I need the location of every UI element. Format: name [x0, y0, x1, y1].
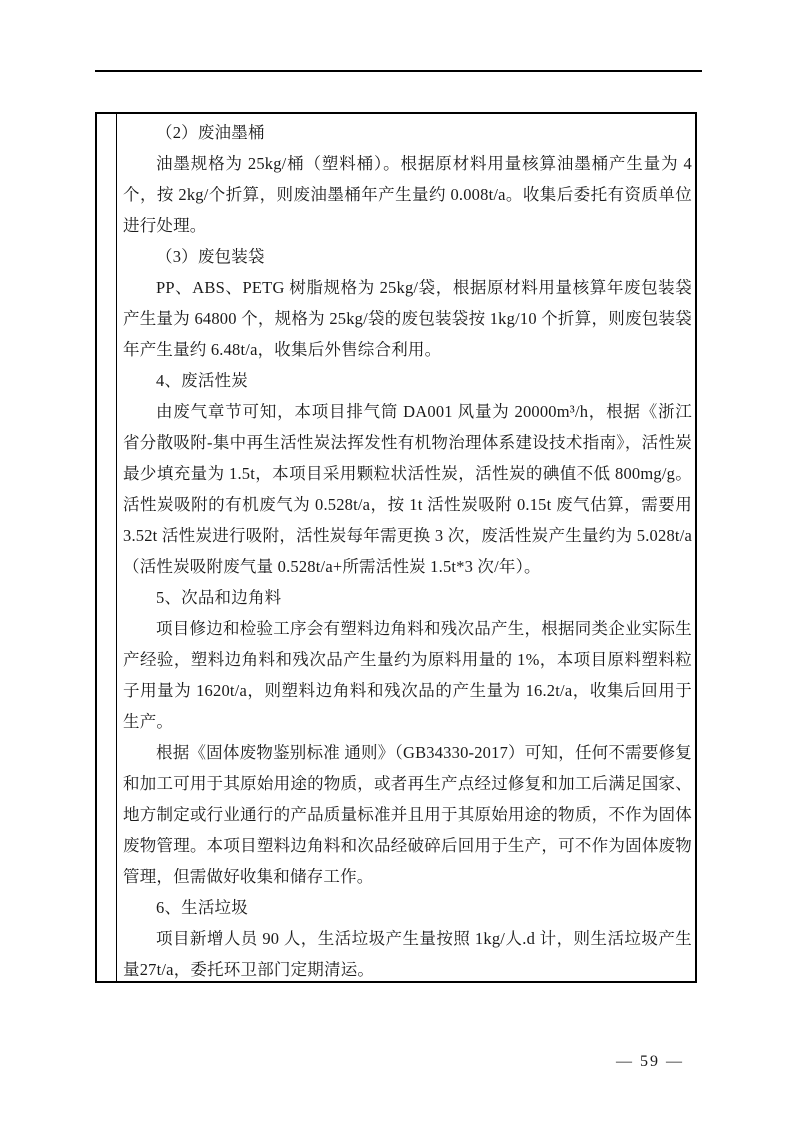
- subheading-waste-packaging-bags: （3）废包装袋: [123, 241, 692, 272]
- heading-waste-activated-carbon: 4、废活性炭: [123, 365, 692, 396]
- header-rule: [95, 70, 702, 72]
- para-solid-waste-identification: 根据《固体废物鉴别标准 通则》（GB34330-2017）可知，任何不需要修复和…: [123, 737, 692, 892]
- table-left-column: [97, 114, 117, 981]
- subheading-waste-ink-bucket: （2）废油墨桶: [123, 117, 692, 148]
- para-defective-products-scraps: 项目修边和检验工序会有塑料边角料和残次品产生，根据同类企业实际生产经验，塑料边角…: [123, 613, 692, 737]
- para-domestic-garbage: 项目新增人员 90 人，生活垃圾产生量按照 1kg/人.d 计，则生活垃圾产生量…: [123, 923, 692, 981]
- heading-domestic-garbage: 6、生活垃圾: [123, 892, 692, 923]
- page-number: — 59 —: [616, 1053, 684, 1070]
- para-waste-packaging-bags: PP、ABS、PETG 树脂规格为 25kg/袋，根据原材料用量核算年废包装袋产…: [123, 272, 692, 365]
- page-footer: — 59 —: [585, 1053, 715, 1071]
- para-waste-activated-carbon: 由废气章节可知，本项目排气筒 DA001 风量为 20000m³/h，根据《浙江…: [123, 396, 692, 582]
- table-content-cell: （2）废油墨桶 油墨规格为 25kg/桶（塑料桶）。根据原材料用量核算油墨桶产生…: [117, 114, 695, 981]
- document-page: （2）废油墨桶 油墨规格为 25kg/桶（塑料桶）。根据原材料用量核算油墨桶产生…: [0, 0, 794, 1123]
- para-waste-ink-bucket: 油墨规格为 25kg/桶（塑料桶）。根据原材料用量核算油墨桶产生量为 4 个，按…: [123, 148, 692, 241]
- heading-defective-products-scraps: 5、次品和边角料: [123, 582, 692, 613]
- content-table: （2）废油墨桶 油墨规格为 25kg/桶（塑料桶）。根据原材料用量核算油墨桶产生…: [95, 112, 697, 983]
